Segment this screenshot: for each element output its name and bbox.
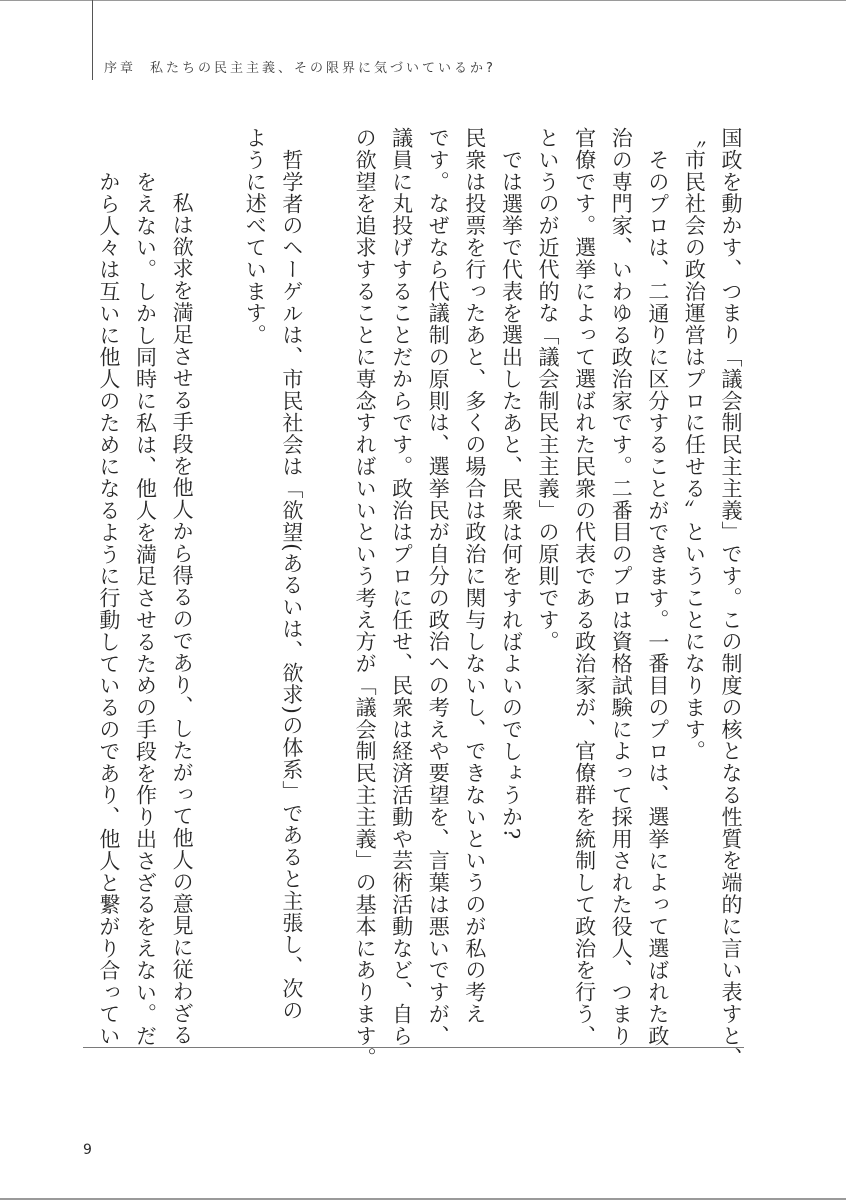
text-column: 民衆は投票を行ったあと、多くの場合は政治に関与しないし、できないというのが私の考…	[456, 127, 493, 997]
text-column: 議員に丸投げすることだからです。政治はプロに任せ、民衆は経済活動や芸術活動など、…	[383, 127, 420, 997]
page-top-border	[0, 0, 846, 1]
text-column: です。なぜなら代議制の原則は、選挙民が自分の政治への考えや要望を、言葉は悪いです…	[420, 127, 457, 997]
quote-column: から人々は互いに他人のためになるように行動しているのであり、他人と繋がり合ってい	[90, 127, 127, 997]
text-column: 官僚です。選挙によって選ばれた民衆の代表である政治家が、官僚群を統制して政治を行…	[566, 127, 603, 997]
blank-column: ​	[310, 127, 347, 997]
running-head: 序章私たちの民主主義、その限界に気づいているか?	[104, 57, 496, 76]
text-column: ように述べています。	[237, 127, 274, 997]
text-column: 哲学者のヘーゲルは、市民社会は「欲望(あるいは、欲求)の体系」であると主張し、次…	[273, 127, 310, 997]
text-column: の欲望を追求することに専念すればいいという考え方が「議会制民主主義」の基本にあり…	[346, 127, 383, 997]
running-head-chapter: 序章	[104, 61, 136, 76]
running-head-title: 私たちの民主主義、その限界に気づいているか?	[150, 61, 496, 76]
quote-column: 私は欲求を満足させる手段を他人から得るのであり、したがって他人の意見に従わざる	[164, 127, 201, 997]
quote-column: をえない。しかし同時に私は、他人を満足させるための手段を作り出さざるをえない。だ	[127, 127, 164, 997]
blank-column: ​	[200, 127, 237, 997]
text-column: 国政を動かす、つまり「議会制民主主義」です。この制度の核となる性質を端的に言い表…	[712, 127, 749, 997]
header-vertical-rule	[92, 0, 93, 80]
text-column: というのが近代的な「議会制民主主義」の原則です。	[529, 127, 566, 997]
text-column: 治の専門家、いわゆる政治家です。二番目のプロは資格試験によって採用された役人、つ…	[603, 127, 640, 997]
footer-rule	[83, 1047, 744, 1048]
text-column: 〝市民社会の政治運営はプロに任せる〟ということになります。	[676, 127, 713, 997]
page-number: 9	[83, 1142, 92, 1158]
body-text: 国政を動かす、つまり「議会制民主主義」です。この制度の核となる性質を端的に言い表…	[90, 127, 749, 997]
text-column: そのプロは、二通りに区分することができます。一番目のプロは、選挙によって選ばれた…	[639, 127, 676, 997]
text-column: では選挙で代表を選出したあと、民衆は何をすればよいのでしょうか?	[493, 127, 530, 997]
